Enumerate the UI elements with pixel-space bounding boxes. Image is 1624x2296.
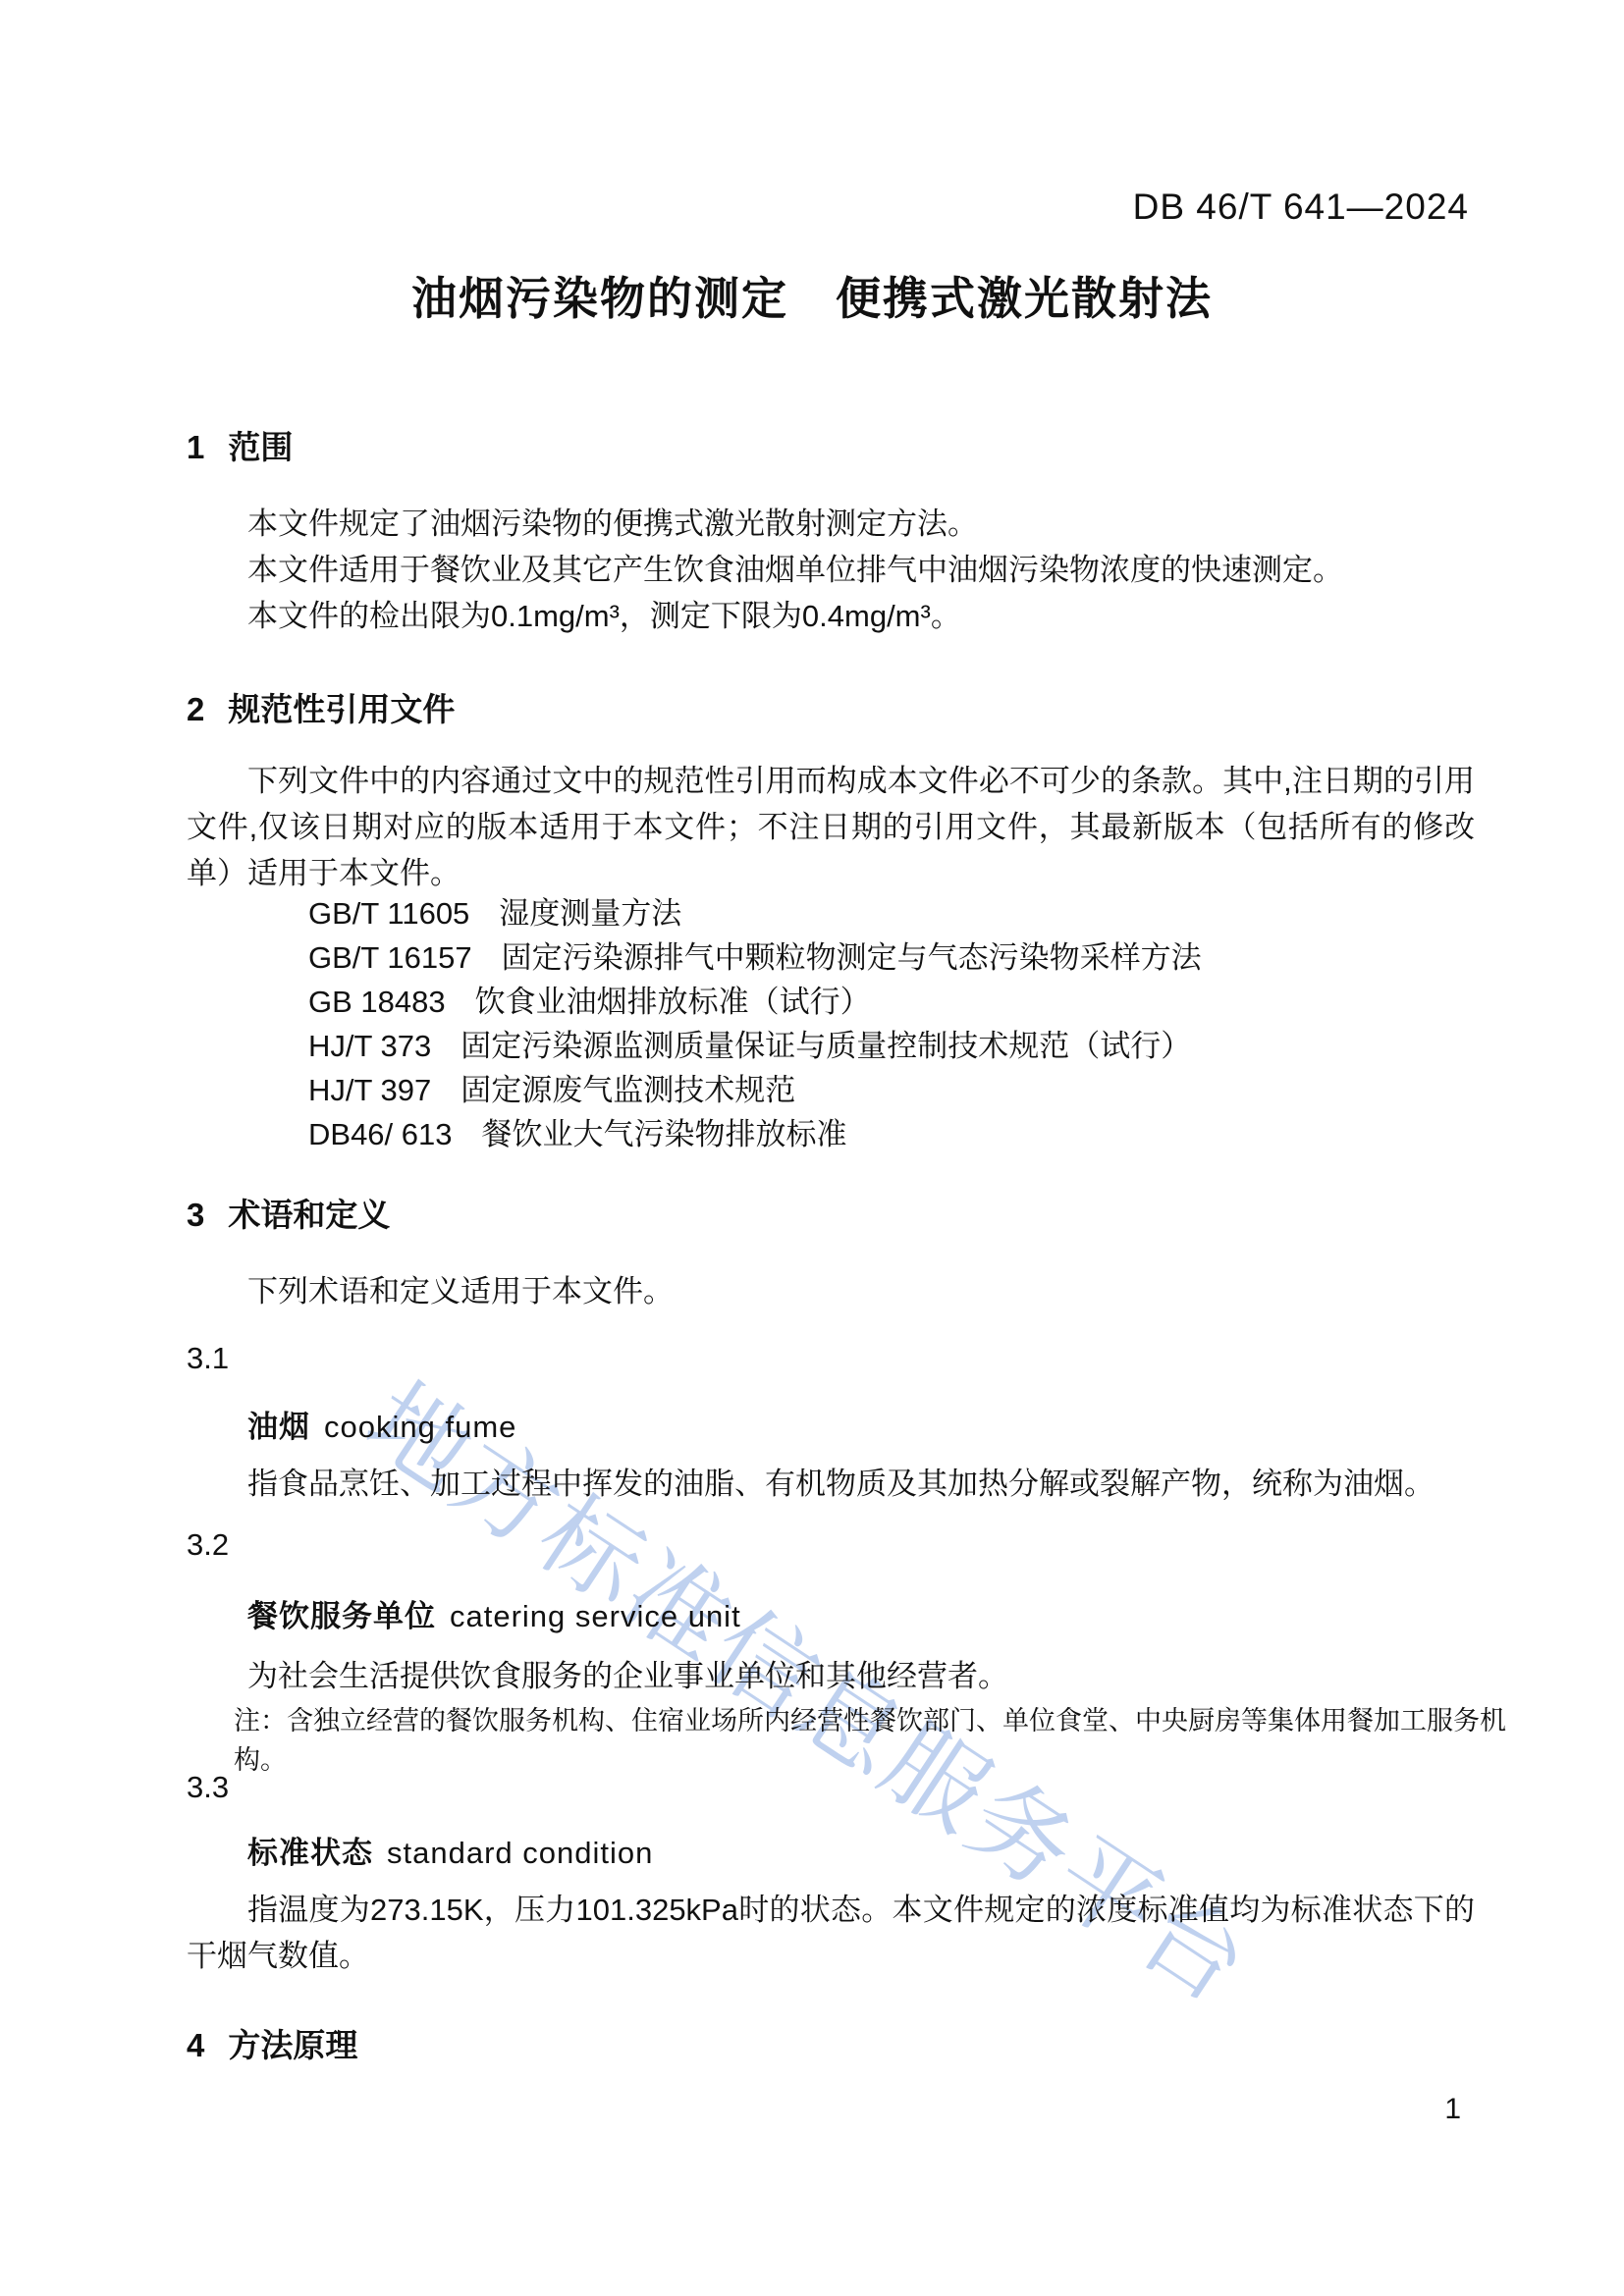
reference-title: 固定污染源排气中颗粒物测定与气态污染物采样方法 <box>502 940 1202 975</box>
term-zh-label: 油烟 <box>247 1410 310 1444</box>
term-en-label: standard condition <box>387 1836 653 1870</box>
section-1-number: 1 <box>187 429 204 466</box>
section-2-number: 2 <box>187 691 204 728</box>
reference-code: GB/T 16157 <box>247 935 472 980</box>
reference-code: HJ/T 373 <box>247 1024 431 1068</box>
section-1-label: 范围 <box>228 429 293 465</box>
section-3-label: 术语和定义 <box>228 1197 390 1233</box>
term-zh-label: 餐饮服务单位 <box>247 1599 436 1633</box>
list-item: GB/T 11605湿度测量方法 <box>187 891 1475 935</box>
paragraph: 下列文件中的内容通过文中的规范性引用而构成本文件必不可少的条款。其中,注日期的引… <box>187 758 1475 896</box>
term-en-label: cooking fume <box>324 1410 516 1444</box>
section-4-label: 方法原理 <box>228 2027 357 2063</box>
reference-title: 固定污染源监测质量保证与质量控制技术规范（试行） <box>460 1029 1191 1063</box>
list-item: HJ/T 397固定源废气监测技术规范 <box>187 1068 1475 1112</box>
page-content: DB 46/T 641—2024 油烟污染物的测定 便携式激光散射法 1范围 本… <box>0 0 1624 2296</box>
paragraph: 指食品烹饪、加工过程中挥发的油脂、有机物质及其加热分解或裂解产物，统称为油烟。 <box>187 1461 1475 1507</box>
reference-code: GB/T 11605 <box>247 891 469 935</box>
section-2-intro: 下列文件中的内容通过文中的规范性引用而构成本文件必不可少的条款。其中,注日期的引… <box>187 758 1475 896</box>
term-en-label: catering service unit <box>450 1599 741 1633</box>
doc-number: DB 46/T 641—2024 <box>1133 187 1469 228</box>
paragraph: 为社会生活提供饮食服务的企业事业单位和其他经营者。 <box>187 1653 1475 1699</box>
term-3-1-number: 3.1 <box>187 1341 229 1376</box>
term-3-3-definition: 指温度为273.15K，压力101.325kPa时的状态。本文件规定的浓度标准值… <box>187 1887 1475 1979</box>
list-item: HJ/T 373固定污染源监测质量保证与质量控制技术规范（试行） <box>187 1024 1475 1068</box>
term-3-2-definition: 为社会生活提供饮食服务的企业事业单位和其他经营者。 <box>187 1653 1475 1699</box>
term-zh-label: 标准状态 <box>247 1836 373 1870</box>
term-3-3-title: 标准状态standard condition <box>247 1828 653 1872</box>
term-3-2-number: 3.2 <box>187 1527 229 1563</box>
list-item: DB46/ 613餐饮业大气污染物排放标准 <box>187 1112 1475 1156</box>
section-1-body: 本文件规定了油烟污染物的便携式激光散射测定方法。 本文件适用于餐饮业及其它产生饮… <box>187 501 1475 639</box>
list-item: GB 18483饮食业油烟排放标准（试行） <box>187 980 1475 1024</box>
section-3-heading: 3术语和定义 <box>187 1190 390 1236</box>
reference-title: 固定源废气监测技术规范 <box>460 1073 795 1107</box>
paragraph: 本文件的检出限为0.1mg/m³，测定下限为0.4mg/m³。 <box>187 593 1475 639</box>
term-3-2-note: 注：含独立经营的餐饮服务机构、住宿业场所内经营性餐饮部门、单位食堂、中央厨房等集… <box>234 1701 1506 1780</box>
paragraph: 本文件适用于餐饮业及其它产生饮食油烟单位排气中油烟污染物浓度的快速测定。 <box>187 547 1475 593</box>
list-item: GB/T 16157固定污染源排气中颗粒物测定与气态污染物采样方法 <box>187 935 1475 980</box>
paragraph: 本文件规定了油烟污染物的便携式激光散射测定方法。 <box>187 501 1475 547</box>
reference-list: GB/T 11605湿度测量方法 GB/T 16157固定污染源排气中颗粒物测定… <box>187 891 1475 1156</box>
section-4-heading: 4方法原理 <box>187 2020 357 2066</box>
reference-title: 湿度测量方法 <box>499 896 681 931</box>
section-1-heading: 1范围 <box>187 422 293 468</box>
paragraph: 指温度为273.15K，压力101.325kPa时的状态。本文件规定的浓度标准值… <box>187 1887 1475 1979</box>
reference-code: HJ/T 397 <box>247 1068 431 1112</box>
term-3-2-title: 餐饮服务单位catering service unit <box>247 1591 741 1635</box>
page-number: 1 <box>1444 2093 1461 2126</box>
term-3-1-title: 油烟cooking fume <box>247 1402 516 1446</box>
paragraph: 下列术语和定义适用于本文件。 <box>187 1268 1475 1314</box>
reference-code: GB 18483 <box>247 980 446 1024</box>
section-3-number: 3 <box>187 1197 204 1234</box>
section-2-label: 规范性引用文件 <box>228 691 455 727</box>
section-2-heading: 2规范性引用文件 <box>187 684 455 730</box>
section-4-number: 4 <box>187 2027 204 2064</box>
reference-title: 餐饮业大气污染物排放标准 <box>482 1117 847 1151</box>
reference-code: DB46/ 613 <box>247 1112 453 1156</box>
term-3-1-definition: 指食品烹饪、加工过程中挥发的油脂、有机物质及其加热分解或裂解产物，统称为油烟。 <box>187 1461 1475 1507</box>
document-page: 地方标准信息服务平台 DB 46/T 641—2024 油烟污染物的测定 便携式… <box>0 0 1624 2296</box>
term-3-3-number: 3.3 <box>187 1770 229 1805</box>
page-title: 油烟污染物的测定 便携式激光散射法 <box>0 263 1624 328</box>
reference-title: 饮食业油烟排放标准（试行） <box>475 985 871 1019</box>
section-3-intro: 下列术语和定义适用于本文件。 <box>187 1268 1475 1314</box>
